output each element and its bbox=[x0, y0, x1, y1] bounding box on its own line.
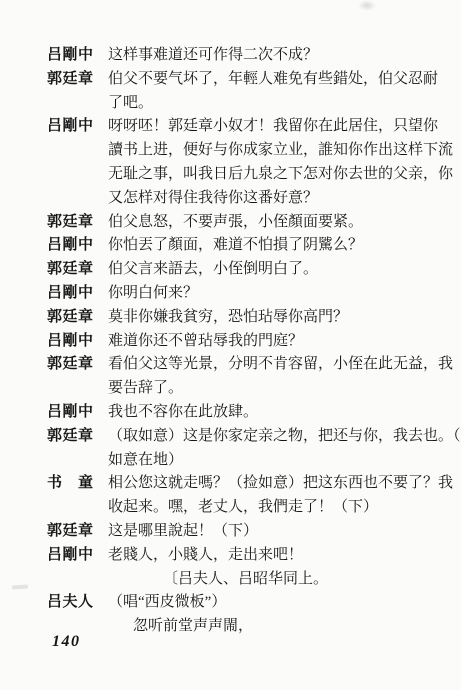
dialogue-text: 讀书上进，便好与你成家立业，誰知你作出这样下流 bbox=[108, 139, 453, 163]
dialogue-text: 这是哪里說起！（下） bbox=[108, 520, 258, 544]
speaker-name: 吕夫人 bbox=[47, 591, 108, 615]
dialogue-text: 要告辞了。 bbox=[108, 377, 183, 401]
speaker-name: 郭廷章 bbox=[47, 258, 108, 282]
script-line: 吕剛中呀呀呸！郭廷章小奴才！我留你在此居住，只望你 bbox=[47, 115, 447, 139]
script-line: 郭廷章伯父不要气坏了，年輕人难免有些錯处，伯父忍耐 bbox=[47, 68, 447, 92]
script-line: 郭廷章（取如意）这是你家定亲之物，把还与你，我去也。（扔 bbox=[47, 425, 447, 449]
script-line: 郭廷章伯父息怒，不要声張，小侄顏面要紧。 bbox=[47, 211, 447, 235]
speaker-name: 吕剛中 bbox=[47, 44, 108, 68]
script-line: 忽听前堂声声閙， bbox=[47, 615, 447, 639]
script-line: 郭廷章伯父言来語去，小侄倒明白了。 bbox=[47, 258, 447, 282]
dialogue-text: 我也不容你在此放肆。 bbox=[108, 401, 258, 425]
speaker-name: 郭廷章 bbox=[47, 353, 108, 377]
dialogue-text: 你明白何来？ bbox=[108, 282, 198, 306]
script-line: 了吧。 bbox=[47, 92, 447, 116]
script-line: 吕剛中这样事难道还可作得二次不成？ bbox=[47, 44, 447, 68]
speaker-name: 吕剛中 bbox=[47, 544, 108, 568]
page-number: 140 bbox=[52, 633, 81, 651]
speaker-name: 郭廷章 bbox=[47, 211, 108, 235]
dialogue-text: 伯父不要气坏了，年輕人难免有些錯处，伯父忍耐 bbox=[108, 68, 438, 92]
speaker-name: 吕剛中 bbox=[47, 401, 108, 425]
dialogue-text: 呀呀呸！郭廷章小奴才！我留你在此居住，只望你 bbox=[108, 115, 438, 139]
script-line: 要告辞了。 bbox=[47, 377, 447, 401]
speaker-name: 郭廷章 bbox=[47, 68, 108, 92]
dialogue-text: （取如意）这是你家定亲之物，把还与你，我去也。（扔 bbox=[108, 425, 461, 449]
script-line: 吕夫人（唱“西皮微板”） bbox=[47, 591, 447, 615]
speaker-name: 郭廷章 bbox=[47, 425, 108, 449]
script-line: 吕剛中我也不容你在此放肆。 bbox=[47, 401, 447, 425]
dialogue-text: 老賤人，小賤人，走出来吧！ bbox=[108, 544, 303, 568]
script-line: 郭廷章这是哪里說起！（下） bbox=[47, 520, 447, 544]
dialogue-text: 伯父息怒，不要声張，小侄顏面要紧。 bbox=[108, 211, 363, 235]
speaker-name: 吕剛中 bbox=[47, 234, 108, 258]
script-line: 如意在地） bbox=[47, 449, 447, 473]
script-line: 收起来。嘿，老丈人，我們走了！（下） bbox=[47, 496, 447, 520]
script-text-block: 吕剛中这样事难道还可作得二次不成？郭廷章伯父不要气坏了，年輕人难免有些錯处，伯父… bbox=[47, 44, 447, 639]
speaker-name: 吕剛中 bbox=[47, 115, 108, 139]
dialogue-text: 你怕丟了顏面，难道不怕損了阴騭么？ bbox=[108, 234, 363, 258]
script-line: 吕剛中难道你还不曾玷辱我的門庭？ bbox=[47, 330, 447, 354]
dialogue-text: 了吧。 bbox=[108, 92, 153, 116]
speaker-name: 郭廷章 bbox=[47, 520, 108, 544]
book-page: 吕剛中这样事难道还可作得二次不成？郭廷章伯父不要气坏了，年輕人难免有些錯处，伯父… bbox=[0, 0, 461, 690]
script-line: 书 童相公您这就走嗎？（捡如意）把这东西也不要了？我 bbox=[47, 472, 447, 496]
dialogue-text: 收起来。嘿，老丈人，我們走了！（下） bbox=[108, 496, 378, 520]
dialogue-text: 又怎样对得住我待你这番好意？ bbox=[108, 187, 318, 211]
dialogue-text: 看伯父这等光景，分明不肯容留，小侄在此无益，我 bbox=[108, 353, 453, 377]
speaker-name: 书 童 bbox=[47, 472, 108, 496]
script-line: 讀书上进，便好与你成家立业，誰知你作出这样下流 bbox=[47, 139, 447, 163]
script-line: 郭廷章莫非你嫌我貧穷，恐怕玷辱你高門？ bbox=[47, 306, 447, 330]
dialogue-text: （唱“西皮微板”） bbox=[108, 591, 226, 615]
script-line: 吕剛中你明白何来？ bbox=[47, 282, 447, 306]
dialogue-text: 无耻之事，叫我日后九泉之下怎对你去世的父亲，你 bbox=[108, 163, 453, 187]
scan-mark bbox=[12, 584, 28, 589]
dialogue-text: 莫非你嫌我貧穷，恐怕玷辱你高門？ bbox=[108, 306, 348, 330]
lyric-line: 忽听前堂声声閙， bbox=[108, 615, 253, 639]
dialogue-text: 难道你还不曾玷辱我的門庭？ bbox=[108, 330, 303, 354]
speaker-name: 吕剛中 bbox=[47, 282, 108, 306]
script-line: 郭廷章看伯父这等光景，分明不肯容留，小侄在此无益，我 bbox=[47, 353, 447, 377]
stage-direction: 〔吕夫人、吕昭华同上。 bbox=[108, 568, 328, 592]
scan-smudge bbox=[358, 0, 376, 11]
dialogue-text: 相公您这就走嗎？（捡如意）把这东西也不要了？我 bbox=[108, 472, 453, 496]
script-line: 〔吕夫人、吕昭华同上。 bbox=[47, 568, 447, 592]
dialogue-text: 伯父言来語去，小侄倒明白了。 bbox=[108, 258, 318, 282]
speaker-name: 吕剛中 bbox=[47, 330, 108, 354]
dialogue-text: 这样事难道还可作得二次不成？ bbox=[108, 44, 318, 68]
dialogue-text: 如意在地） bbox=[108, 449, 183, 473]
speaker-name: 郭廷章 bbox=[47, 306, 108, 330]
script-line: 又怎样对得住我待你这番好意？ bbox=[47, 187, 447, 211]
script-line: 吕剛中你怕丟了顏面，难道不怕損了阴騭么？ bbox=[47, 234, 447, 258]
script-line: 吕剛中老賤人，小賤人，走出来吧！ bbox=[47, 544, 447, 568]
script-line: 无耻之事，叫我日后九泉之下怎对你去世的父亲，你 bbox=[47, 163, 447, 187]
